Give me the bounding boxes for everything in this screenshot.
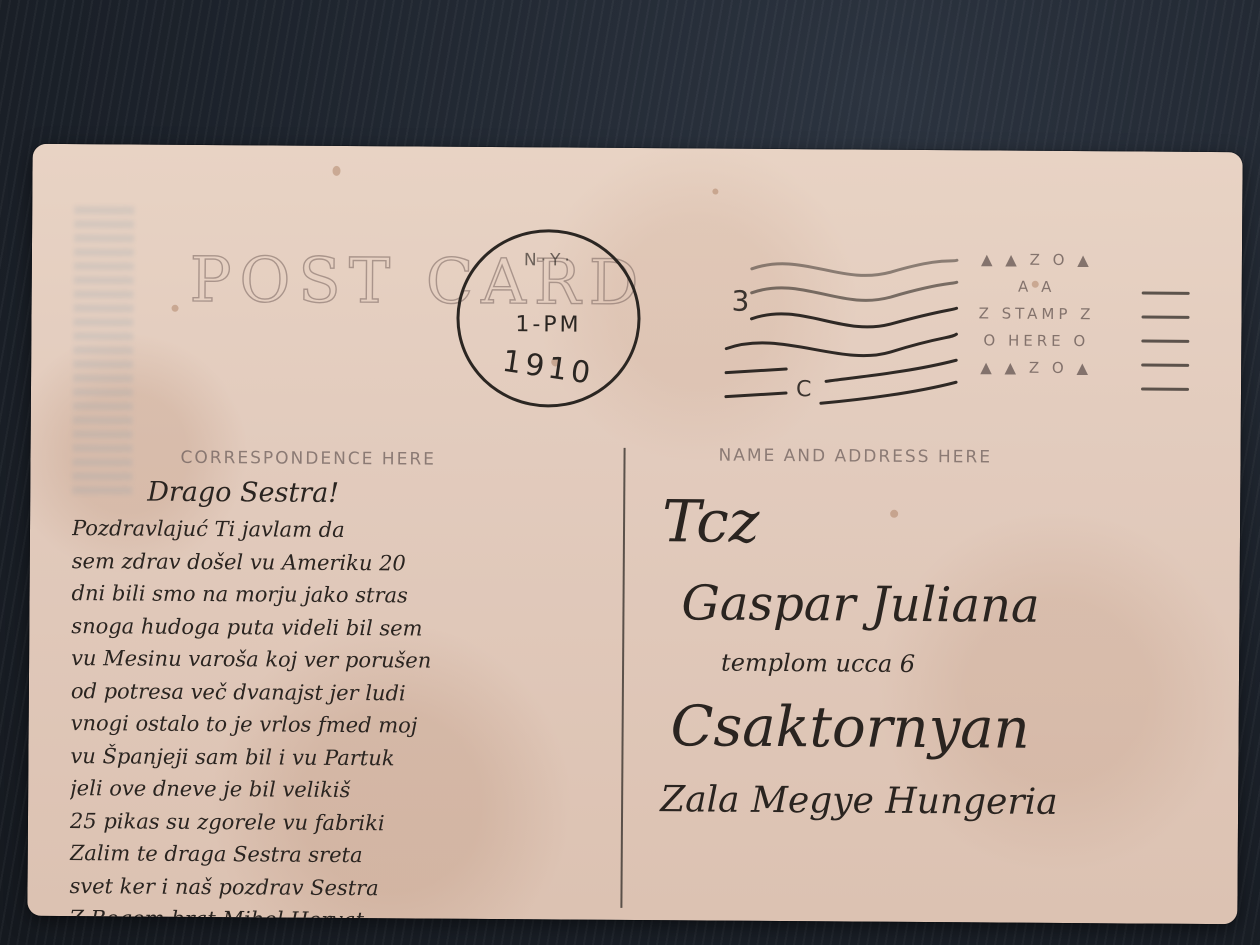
stamp-placement-box: ▲ ▲ Z O ▲ A A Z STAMP Z O HERE O ▲ ▲ Z O… [951, 246, 1122, 417]
wavy-cancellation-lines: 3 C [711, 241, 962, 413]
letter-line: vu Mesinu varoša koj ver porušen [71, 642, 626, 678]
svg-text:3: 3 [732, 285, 750, 318]
letter-line: 25 pikas su zgorele vu fabriki [70, 805, 625, 841]
recipient-name: Gaspar Juliana [651, 564, 1212, 646]
handwritten-letter: Drago Sestra! Pozdravlajuć Ti javlam da … [69, 472, 627, 924]
letter-line: od potresa več dvanajst jer ludi [71, 675, 626, 711]
letter-greeting: Drago Sestra! [72, 472, 627, 516]
faded-stamp-residue [72, 204, 134, 494]
correspondence-heading: CORRESPONDENCE HERE [180, 448, 436, 470]
address-prefix: Tcz [652, 478, 1213, 568]
postmark-location: N·Y· [460, 250, 638, 271]
letter-line: Pozdravlajuć Ti javlam da [72, 512, 627, 548]
letter-line: sem zdrav došel vu Ameriku 20 [72, 545, 627, 581]
letter-line: vnogi ostalo to je vrlos fmed moj [71, 707, 626, 743]
svg-text:C: C [796, 377, 812, 402]
letter-line: vu Španjeji sam bil i vu Partuk [70, 740, 625, 776]
address-heading: NAME AND ADDRESS HERE [718, 446, 992, 468]
letter-line: Zalim te draga Sestra sreta [70, 837, 625, 873]
letter-line: Z Bogom brat Mihol Horvat [69, 902, 624, 924]
letter-line: svet ker i naš pozdrav Sestra [69, 870, 624, 906]
postmark-circle: N·Y· 1-PM 1910 [456, 229, 641, 408]
stain [712, 189, 718, 195]
cancellation-dashes [1141, 292, 1202, 412]
street-address: templom ucca 6 [651, 642, 1211, 686]
postcard: POST CARD N·Y· 1-PM 1910 3 C ▲ ▲ Z O ▲ A… [27, 144, 1242, 924]
postmark-year: 1910 [458, 338, 639, 399]
recipient-address: Tcz Gaspar Juliana templom ucca 6 Csakto… [650, 478, 1212, 832]
postmark-time: 1-PM [459, 312, 637, 338]
letter-line: jeli ove dneve je bil velikiš [70, 772, 625, 808]
recipient-region: Zala Megye Hungeria [650, 772, 1210, 832]
letter-line: dni bili smo na morju jako stras [71, 577, 626, 613]
stain [332, 166, 340, 176]
recipient-town: Csaktornyan [650, 682, 1211, 776]
stain [172, 305, 179, 312]
letter-line: snoga hudoga puta videli bil sem [71, 610, 626, 646]
